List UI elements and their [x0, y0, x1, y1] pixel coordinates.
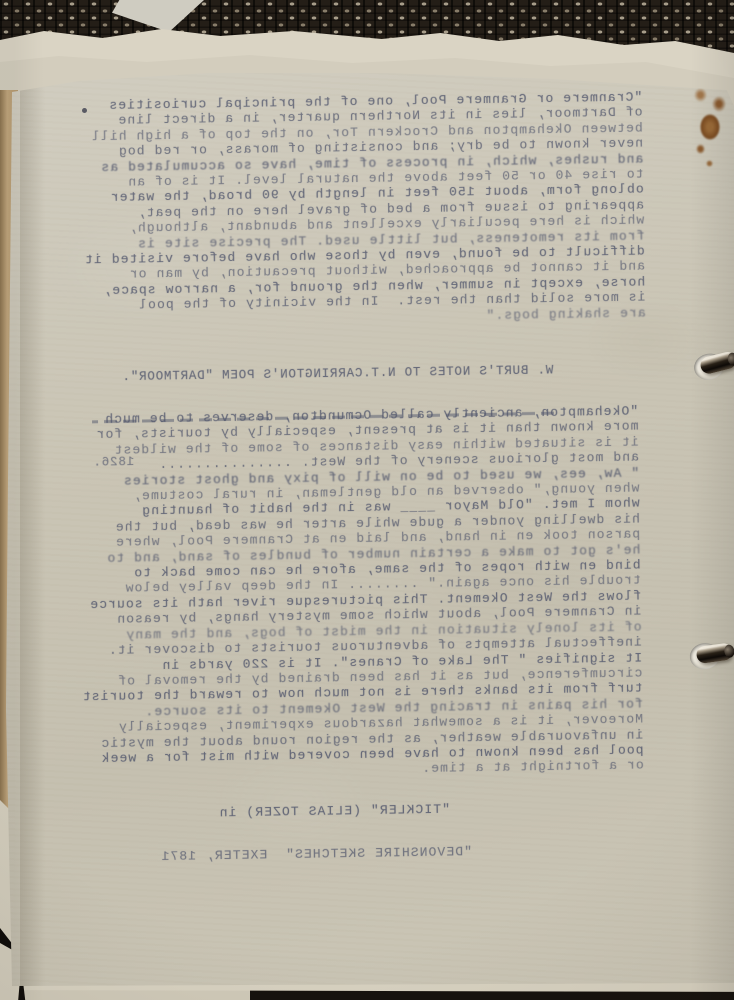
mirrored-paragraph-tozer-quote: "Okehampton, anciently called Ocmundton,… [63, 404, 644, 783]
metal-ring [695, 642, 733, 664]
foxing-spot [700, 114, 720, 140]
typewritten-page-verso: "Cranmere or Granmere Pool, one of the p… [6, 64, 734, 986]
mirrored-attribution-line: "TICKLER" (ELIAS TOZER) in [158, 802, 450, 822]
foxing-spot [712, 96, 726, 112]
mirrored-paragraph-burt-quote: "Cranmere or Granmere Pool, one of the p… [70, 90, 646, 330]
foxing-spot [706, 160, 713, 167]
binder-ring-bottom [687, 631, 734, 683]
heading-title: W. BURT'S NOTES TO N.T.CARRINGTON'S POEM… [91, 363, 553, 386]
left-crease-shading [20, 64, 46, 986]
mirrored-imprint-line: "DEVONSHIRE SKETCHES" EXETER, 1871 [104, 844, 472, 865]
foxing-spot [694, 88, 707, 102]
foxing-spot [696, 144, 705, 154]
photo-of-binder-page: "Cranmere or Granmere Pool, one of the p… [0, 0, 734, 1000]
